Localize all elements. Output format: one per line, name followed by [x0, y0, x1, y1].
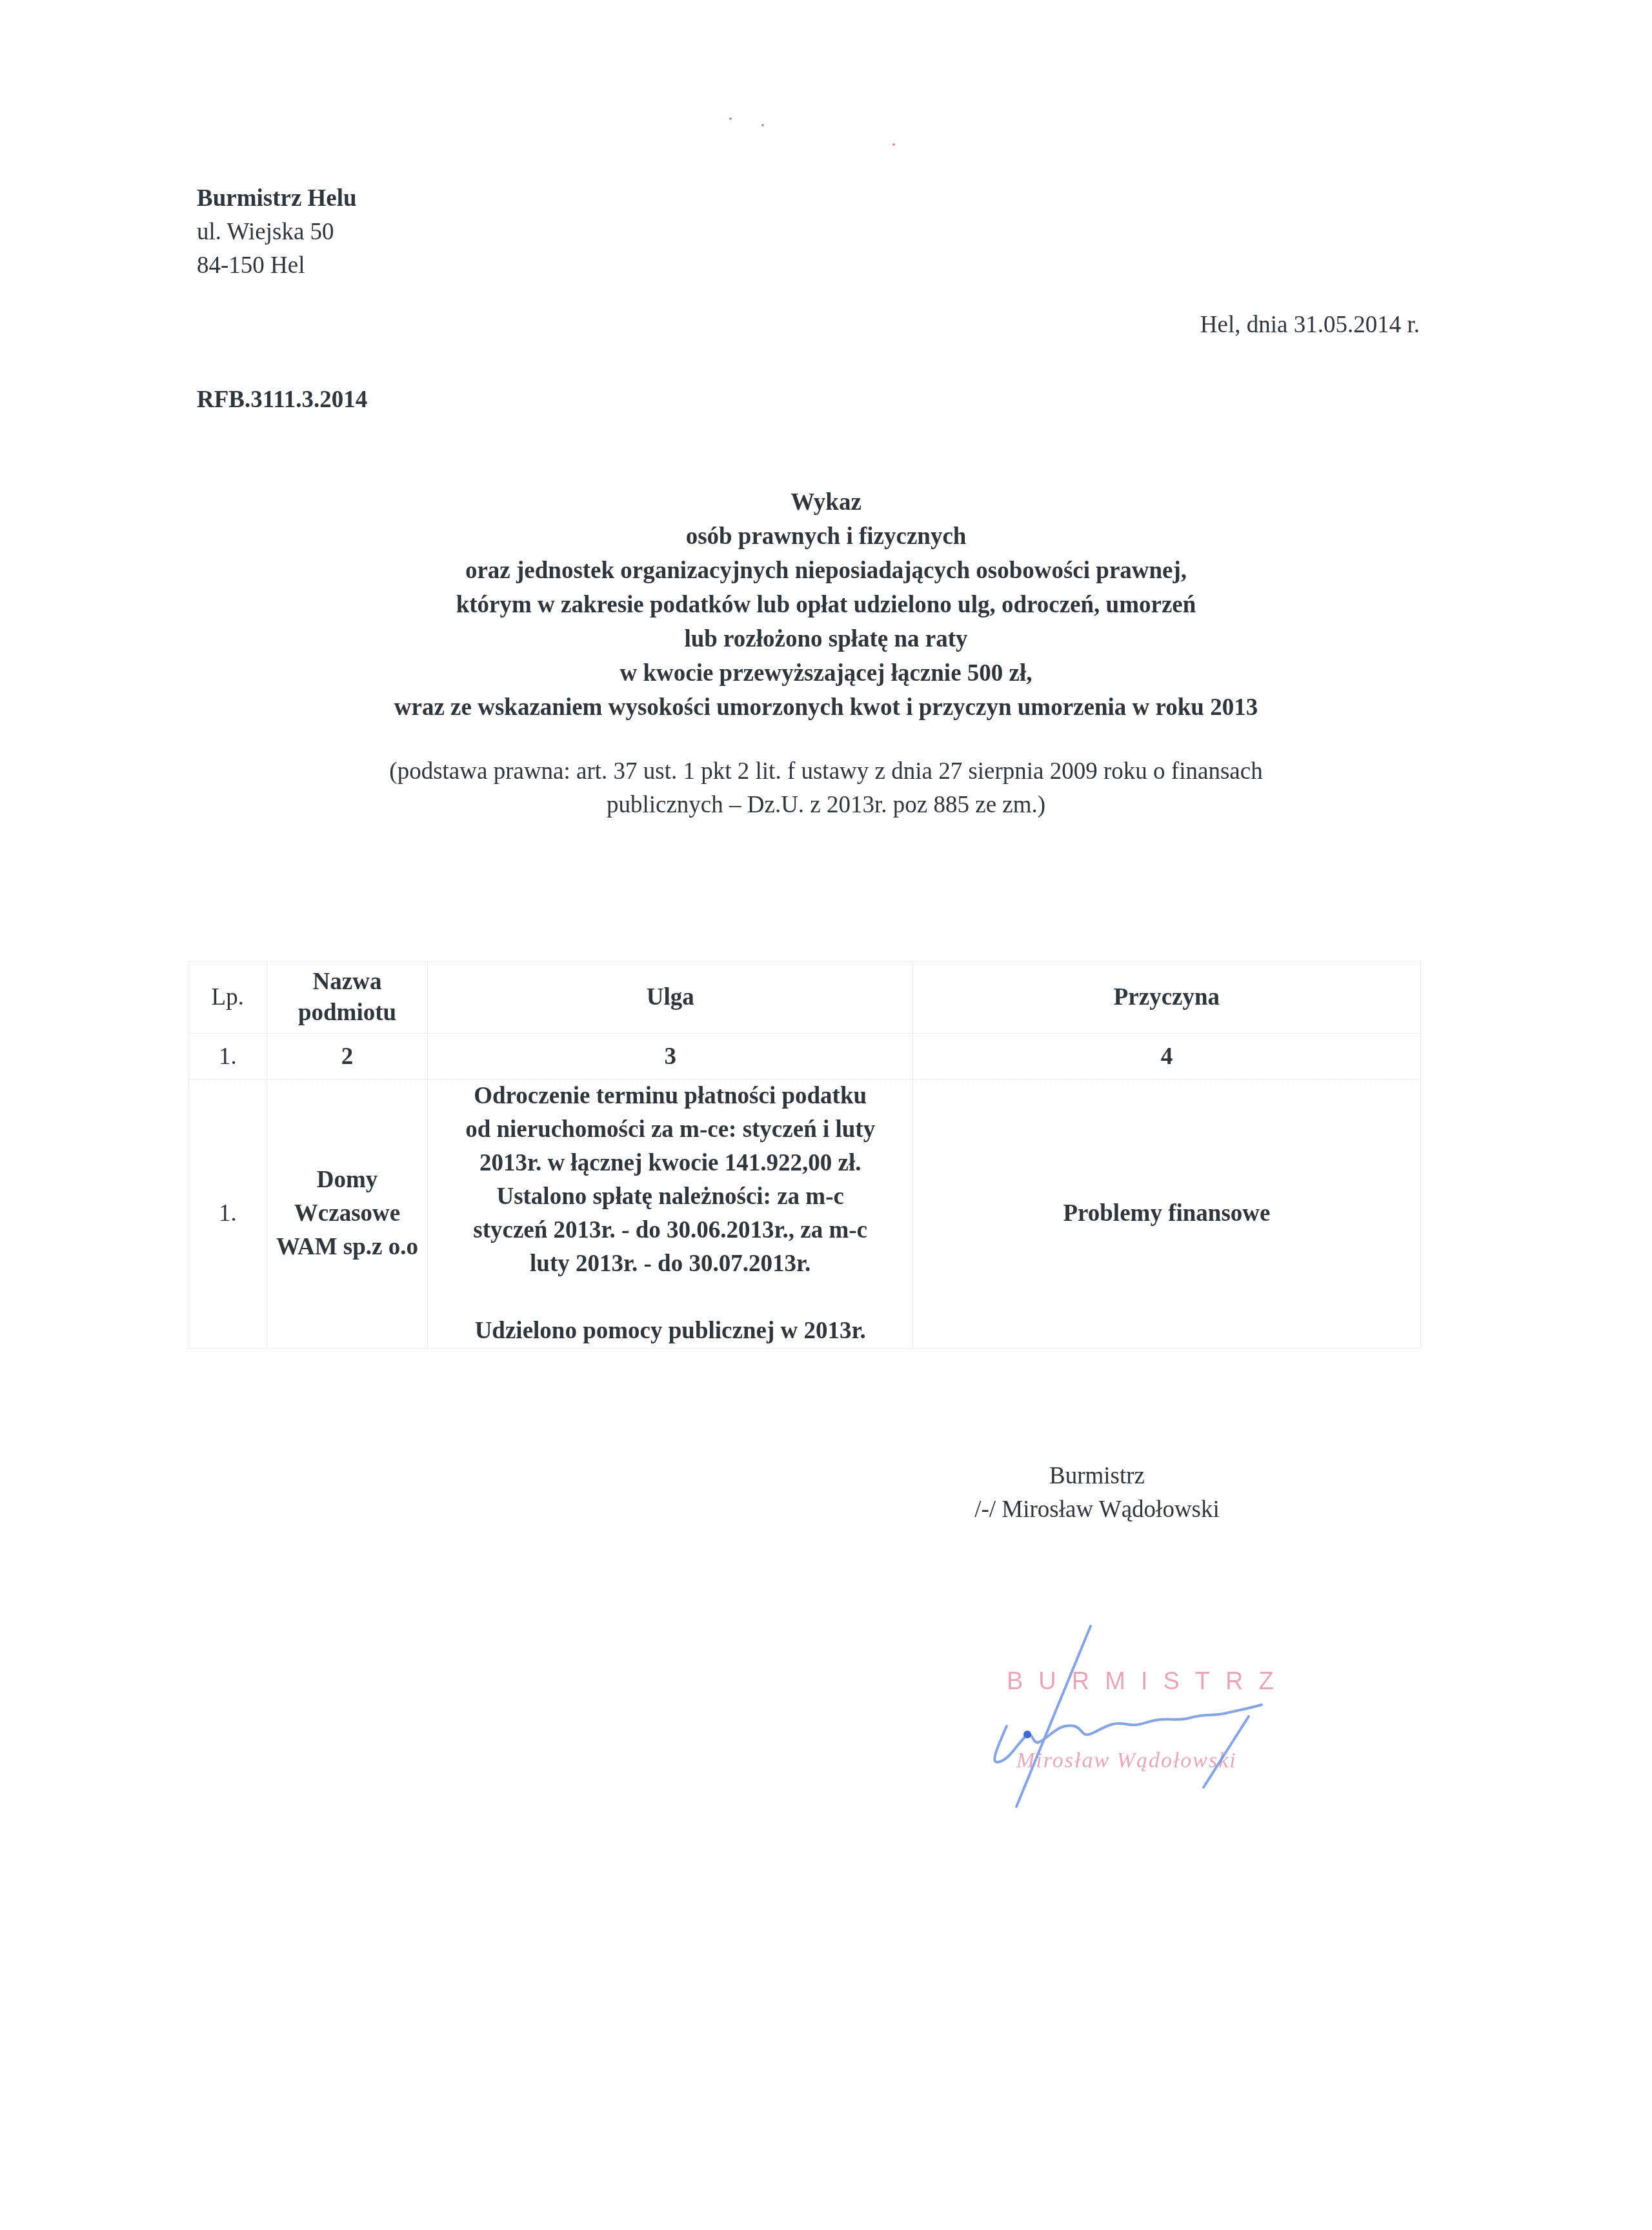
scan-speck — [761, 124, 764, 126]
document-date: Hel, dnia 31.05.2014 r. — [1142, 311, 1420, 339]
column-number: 4 — [912, 1034, 1420, 1080]
relief-line: 2013r. w łącznej kwocie 141.922,00 zł. — [432, 1147, 908, 1180]
relief-line: od nieruchomości za m-ce: styczeń i luty — [432, 1113, 908, 1147]
document-title: Wykaz osób prawnych i fizycznych oraz je… — [181, 485, 1471, 725]
relief-note: Udzielono pomocy publicznej w 2013r. — [432, 1314, 908, 1348]
row-relief: Odroczenie terminu płatności podatku od … — [428, 1080, 912, 1349]
entity-name-line: Wczasowe — [271, 1197, 424, 1231]
header-relief: Ulga — [428, 962, 912, 1034]
legal-basis: (podstawa prawna: art. 37 ust. 1 pkt 2 l… — [213, 755, 1439, 822]
header-entity-name-line: Nazwa — [271, 967, 424, 998]
relief-table: Lp. Nazwa podmiotu Ulga Przyczyna 1. 2 3… — [188, 961, 1421, 1349]
column-number: 3 — [428, 1034, 912, 1080]
relief-line: Ustalono spłatę należności: za m-c — [432, 1180, 908, 1214]
legal-basis-line: publicznych – Dz.U. z 2013r. poz 885 ze … — [213, 789, 1439, 822]
signatory-title: Burmistrz — [916, 1460, 1278, 1493]
row-reason: Problemy finansowe — [912, 1080, 1420, 1349]
column-number: 1. — [189, 1034, 267, 1080]
row-lp: 1. — [189, 1080, 267, 1349]
title-line: w kwocie przewyższającej łącznie 500 zł, — [181, 656, 1471, 690]
header-entity-name: Nazwa podmiotu — [267, 962, 428, 1034]
handwritten-signature-icon — [955, 1607, 1329, 1826]
title-line: wraz ze wskazaniem wysokości umorzonych … — [181, 690, 1471, 725]
relief-line: Odroczenie terminu płatności podatku — [432, 1080, 908, 1113]
column-number-row: 1. 2 3 4 — [189, 1034, 1421, 1080]
relief-line: styczeń 2013r. - do 30.06.2013r., za m-c — [432, 1214, 908, 1247]
scan-speck — [729, 117, 732, 120]
entity-name-line: Domy — [271, 1163, 424, 1197]
sender-name: Burmistrz Helu — [197, 182, 357, 216]
relief-line: luty 2013r. - do 30.07.2013r. — [432, 1247, 908, 1281]
title-line: lub rozłożono spłatę na raty — [181, 622, 1471, 656]
title-line: którym w zakresie podatków lub opłat udz… — [181, 588, 1471, 622]
table-row: 1. Domy Wczasowe WAM sp.z o.o Odroczenie… — [189, 1080, 1421, 1349]
column-number: 2 — [267, 1034, 428, 1080]
sender-address: Burmistrz Helu ul. Wiejska 50 84-150 Hel — [197, 182, 357, 283]
sender-street: ul. Wiejska 50 — [197, 216, 357, 249]
header-entity-name-line: podmiotu — [271, 998, 424, 1029]
header-lp: Lp. — [189, 962, 267, 1034]
header-reason: Przyczyna — [912, 962, 1420, 1034]
signatory-name: /-/ Mirosław Wądołowski — [916, 1493, 1278, 1527]
signature-block: Burmistrz /-/ Mirosław Wądołowski — [916, 1460, 1278, 1527]
table-header-row: Lp. Nazwa podmiotu Ulga Przyczyna — [189, 962, 1421, 1034]
entity-name-line: WAM sp.z o.o — [271, 1231, 424, 1264]
scan-speck — [892, 143, 895, 146]
title-line: Wykaz — [181, 485, 1471, 519]
title-line: oraz jednostek organizacyjnych nieposiad… — [181, 554, 1471, 588]
spacer — [432, 1281, 908, 1314]
sender-city: 84-150 Hel — [197, 249, 357, 283]
official-stamp: BURMISTRZ Mirosław Wądołowski — [955, 1607, 1329, 1826]
row-entity-name: Domy Wczasowe WAM sp.z o.o — [267, 1080, 428, 1349]
legal-basis-line: (podstawa prawna: art. 37 ust. 1 pkt 2 l… — [213, 755, 1439, 789]
reference-number: RFB.3111.3.2014 — [197, 386, 367, 414]
title-line: osób prawnych i fizycznych — [181, 519, 1471, 554]
